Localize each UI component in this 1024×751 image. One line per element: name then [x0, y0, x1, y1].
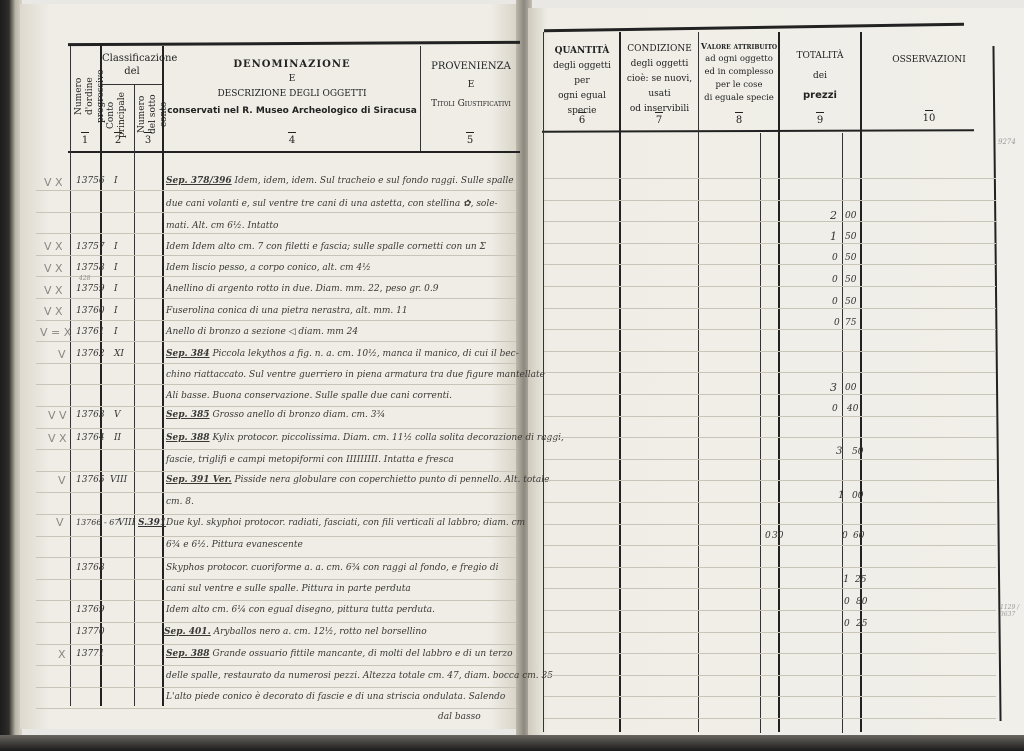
col-number-9: 9 [813, 112, 827, 126]
col-number-7: 7 [652, 112, 666, 126]
entry-conto: I [114, 284, 118, 294]
col-number-2: 2 [111, 132, 125, 146]
valore-cent: 30 [772, 531, 783, 541]
denominazione-e: E [164, 73, 420, 86]
entry-line: Idem alto cm. 6¼ con egual disegno, pitt… [166, 605, 435, 615]
totalita-prezzi: prezzi [780, 86, 860, 106]
total-cent: 80 [856, 597, 867, 607]
total-lire: 2 [830, 209, 837, 222]
provenienza-e: E [422, 79, 520, 92]
margin-note: 1129 / 3637 [1000, 604, 1022, 618]
total-lire: 1 [838, 490, 844, 501]
totalita-title: TOTALITÀ [780, 46, 860, 66]
col-number-1: 1 [78, 132, 92, 146]
ruled-line [36, 384, 516, 385]
col-rule [760, 133, 761, 733]
col-rule [134, 85, 135, 706]
quantita-line: per [545, 74, 619, 89]
quantita-line: degli oggetti [545, 59, 619, 74]
ruled-line [544, 567, 996, 568]
entry-line: delle spalle, restaurato da numerosi pez… [166, 671, 553, 681]
entry-line: Anellino di argento rotto in due. Diam. … [166, 284, 438, 294]
entry-line: Due kyl. skyphoi protocor. radiati, fasc… [166, 518, 525, 528]
total-lire: 1 [830, 230, 837, 243]
total-lire: 0 [832, 297, 838, 307]
ruled-line [544, 308, 996, 309]
entry-conto: II [114, 433, 121, 443]
total-cent: 00 [852, 491, 863, 501]
check-mark: V V [48, 409, 67, 422]
ruled-line [36, 320, 516, 321]
ruled-line [544, 178, 996, 179]
ruled-line [36, 600, 516, 601]
provenienza-title: PROVENIENZA [422, 60, 520, 73]
ruled-line [544, 329, 996, 330]
entry-number: 13761 [76, 327, 105, 337]
ruled-line [36, 665, 516, 666]
quantita-title: QUANTITÀ [545, 44, 619, 59]
check-mark: V [58, 348, 66, 361]
ruled-line [544, 200, 996, 201]
entry-line: Anello di bronzo a sezione ◁ diam. mm 24 [166, 327, 358, 337]
entry-number: 13770 [76, 627, 105, 637]
total-cent: 25 [855, 575, 866, 585]
entry-line: fascie, triglifi e campi metopiformi con… [166, 455, 454, 465]
condizione-line: cioè: se nuovi, usati [621, 72, 698, 102]
ruled-line [36, 708, 516, 709]
total-cent: 75 [845, 318, 856, 328]
col-number-6: 6 [575, 112, 589, 126]
check-mark: V X [44, 240, 63, 253]
entry-number: 13769 [76, 605, 105, 615]
header-osservazioni: OSSERVAZIONI [862, 54, 996, 67]
check-mark: V X [48, 432, 67, 445]
ruled-line [36, 212, 516, 213]
check-mark: V X [44, 176, 63, 189]
col-rule [102, 84, 162, 85]
total-cent: 60 [853, 531, 864, 541]
header-valore: Valore attribuito ad ogni oggetto ed in … [700, 40, 778, 105]
ruled-line [544, 718, 996, 719]
total-lire: 3 [830, 381, 837, 394]
entry-conto: VIII [118, 518, 135, 528]
condizione-line: degli oggetti [621, 57, 698, 72]
entry-number: 13771 [76, 649, 105, 659]
ruled-line [36, 341, 516, 342]
ruled-line [544, 524, 996, 525]
total-lire: 1 [843, 574, 849, 585]
col-rule [70, 46, 71, 706]
ruled-line [36, 471, 516, 472]
header-quantita: QUANTITÀ degli oggetti per ogni egual sp… [545, 44, 619, 119]
entry-line: Fuserolina conica di una pietra nerastra… [166, 306, 408, 316]
ruled-line [544, 437, 996, 438]
entry-line: Sep. 388 Kylix protocor. piccolissima. D… [166, 433, 564, 443]
ruled-line [36, 644, 516, 645]
ruled-line [36, 536, 516, 537]
header-condizione: CONDIZIONE degli oggetti cioè: se nuovi,… [621, 42, 698, 117]
ruled-line [544, 610, 996, 611]
total-lire: 0 [832, 275, 838, 285]
total-cent: 50 [845, 232, 856, 242]
total-cent: 50 [845, 297, 856, 307]
ruled-line [544, 675, 996, 676]
ruled-line [36, 557, 516, 558]
entry-line: Idem liscio pesso, a corpo conico, alt. … [166, 263, 371, 273]
ruled-line [544, 588, 996, 589]
entry-number: 13763 [76, 410, 105, 420]
col-number-8: 8 [732, 112, 746, 126]
entry-number: 13757 [76, 242, 105, 252]
entry-number: 13756 [76, 176, 105, 186]
entry-conto: V [114, 410, 121, 420]
col-rule [420, 46, 421, 151]
valore-line: ad ogni oggetto [700, 53, 778, 66]
total-cent: 00 [845, 383, 856, 393]
ruled-line [36, 579, 516, 580]
book-spine [0, 0, 22, 751]
ruled-line [36, 233, 516, 234]
col-rule [698, 32, 699, 732]
provenienza-titoli: Titoli Giustificativi [422, 98, 520, 111]
ruled-line [36, 406, 516, 407]
ruled-line [544, 221, 996, 222]
total-lire: 0 [834, 318, 840, 328]
valore-lire: 0 [765, 531, 771, 541]
check-mark: V X [44, 305, 63, 318]
entry-line: L'alto piede conico è decorato di fascie… [166, 692, 505, 702]
header-bottom-rule [68, 151, 520, 153]
header-denominazione: DENOMINAZIONE E DESCRIZIONE DEGLI OGGETT… [164, 58, 420, 118]
entry-line: dal basso [438, 712, 481, 722]
entry-line: Skyphos protocor. cuoriforme a. a. cm. 6… [166, 563, 498, 573]
entry-line: chino riattaccato. Sul ventre guerriero … [166, 370, 545, 380]
entry-line: Sep. 378/396 Idem, idem, idem. Sul trach… [166, 176, 514, 186]
ruled-line [544, 264, 996, 265]
entry-line: cani sul ventre e sulle spalle. Pittura … [166, 584, 411, 594]
total-lire: 0 [844, 597, 850, 607]
total-cent: 25 [856, 619, 867, 629]
total-lire: 0 [832, 253, 838, 263]
total-lire: 0 [844, 619, 850, 629]
col-rule [778, 32, 780, 732]
ruled-line [544, 416, 996, 417]
entry-line: due cani volanti e, sul ventre tre cani … [166, 199, 498, 209]
header-classificazione: Classificazione del [102, 52, 162, 78]
entry-number: 13759 [76, 284, 105, 294]
entry-conto: XI [114, 349, 124, 359]
ruled-line [544, 696, 996, 697]
ruled-line [544, 480, 996, 481]
entry-number: 13758 [76, 263, 105, 273]
ruled-line [544, 653, 996, 654]
header-totalita: TOTALITÀ dei prezzi [780, 46, 860, 106]
col-rule [619, 32, 621, 732]
header-col1: Numero d'ordine progressivo [74, 58, 98, 134]
entry-line: Sep. 401. Aryballos nero a. cm. 12½, rot… [164, 627, 427, 637]
valore-line: per le cose [700, 79, 778, 92]
entry-line: Sep. 391 Ver. Pisside nera globulare con… [166, 475, 549, 485]
ruled-line [544, 351, 996, 352]
check-mark: V X [44, 284, 63, 297]
entry-conto: I [114, 176, 118, 186]
ruled-line [544, 459, 996, 460]
valore-line: ed in complesso [700, 66, 778, 79]
entry-note: 428 [79, 275, 90, 282]
col-number-4: 4 [285, 132, 299, 146]
denominazione-title: DENOMINAZIONE [164, 58, 420, 71]
entry-number: 13760 [76, 306, 105, 316]
ruled-line [36, 687, 516, 688]
total-cent: 50 [852, 447, 863, 457]
ruled-line [36, 514, 516, 515]
book-bottom-edge [0, 735, 1024, 751]
col-number-5: 5 [463, 132, 477, 146]
totalita-line: dei [780, 66, 860, 86]
col-rule [162, 46, 164, 706]
ruled-line [544, 243, 996, 244]
entry-line: Sep. 384 Piccola lekythos a fig. n. a. c… [166, 349, 519, 359]
col-rule [543, 32, 544, 732]
denominazione-desc: DESCRIZIONE DEGLI OGGETTI [164, 88, 420, 101]
osservazioni-title: OSSERVAZIONI [862, 54, 996, 67]
entry-number: 13764 [76, 433, 105, 443]
entry-line: Sep. 388 Grande ossuario fittile mancant… [166, 649, 513, 659]
header-provenienza: PROVENIENZA E Titoli Giustificativi [422, 60, 520, 111]
denominazione-museo: conservati nel R. Museo Archeologico di … [164, 105, 420, 118]
ruled-line [544, 545, 996, 546]
entry-line: mati. Alt. cm 6½. Intatto [166, 221, 278, 231]
entry-conto: I [114, 306, 118, 316]
ruled-line [544, 502, 996, 503]
total-lire: 0 [832, 404, 838, 414]
ruled-line [544, 632, 996, 633]
check-mark: V = X [40, 326, 71, 339]
entry-number: 13768 [76, 563, 105, 573]
col-number-10: 10 [920, 110, 938, 124]
ruled-line [36, 276, 516, 277]
check-mark: V [58, 474, 66, 487]
entry-number: 13766 - 67 [76, 518, 119, 527]
entry-line: cm. 8. [166, 497, 194, 507]
ruled-line [36, 363, 516, 364]
entry-conto: I [114, 263, 118, 273]
ruled-line [36, 190, 516, 191]
ruled-line [36, 255, 516, 256]
check-mark: V [56, 516, 64, 529]
valore-title: Valore attribuito [700, 40, 778, 53]
total-lire: 3 [836, 446, 842, 457]
entry-line: 6¾ e 6½. Pittura evanescente [166, 540, 303, 550]
col-rule [842, 133, 843, 733]
ruled-line [36, 622, 516, 623]
total-cent: 50 [845, 275, 856, 285]
entry-conto: VIII [110, 475, 127, 485]
entry-number: 13762 [76, 349, 105, 359]
total-cent: 40 [847, 404, 858, 414]
check-mark: V X [44, 262, 63, 275]
ruled-line [36, 298, 516, 299]
total-lire: 0 [842, 531, 848, 541]
entry-sotto: S.391 [138, 518, 166, 528]
entry-conto: I [114, 327, 118, 337]
check-mark: X [58, 648, 66, 661]
total-cent: 50 [845, 253, 856, 263]
entry-line: Sep. 385 Grosso anello di bronzo diam. c… [166, 410, 385, 420]
ruled-line [36, 492, 516, 493]
entry-line: Idem Idem alto cm. 7 con filetti e fasci… [166, 242, 486, 252]
condizione-title: CONDIZIONE [621, 42, 698, 57]
total-cent: 00 [845, 211, 856, 221]
ruled-line [544, 394, 996, 395]
ruled-line [544, 372, 996, 373]
entry-number: 13765 [76, 475, 105, 485]
ruled-line [36, 428, 516, 429]
ruled-line [36, 449, 516, 450]
col-number-3: 3 [141, 132, 155, 146]
entry-conto: I [114, 242, 118, 252]
margin-note: 9274 [998, 138, 1016, 146]
entry-line: Ali basse. Buona conservazione. Sulle sp… [166, 391, 452, 401]
valore-line: di eguale specie [700, 92, 778, 105]
ruled-line [544, 286, 996, 287]
